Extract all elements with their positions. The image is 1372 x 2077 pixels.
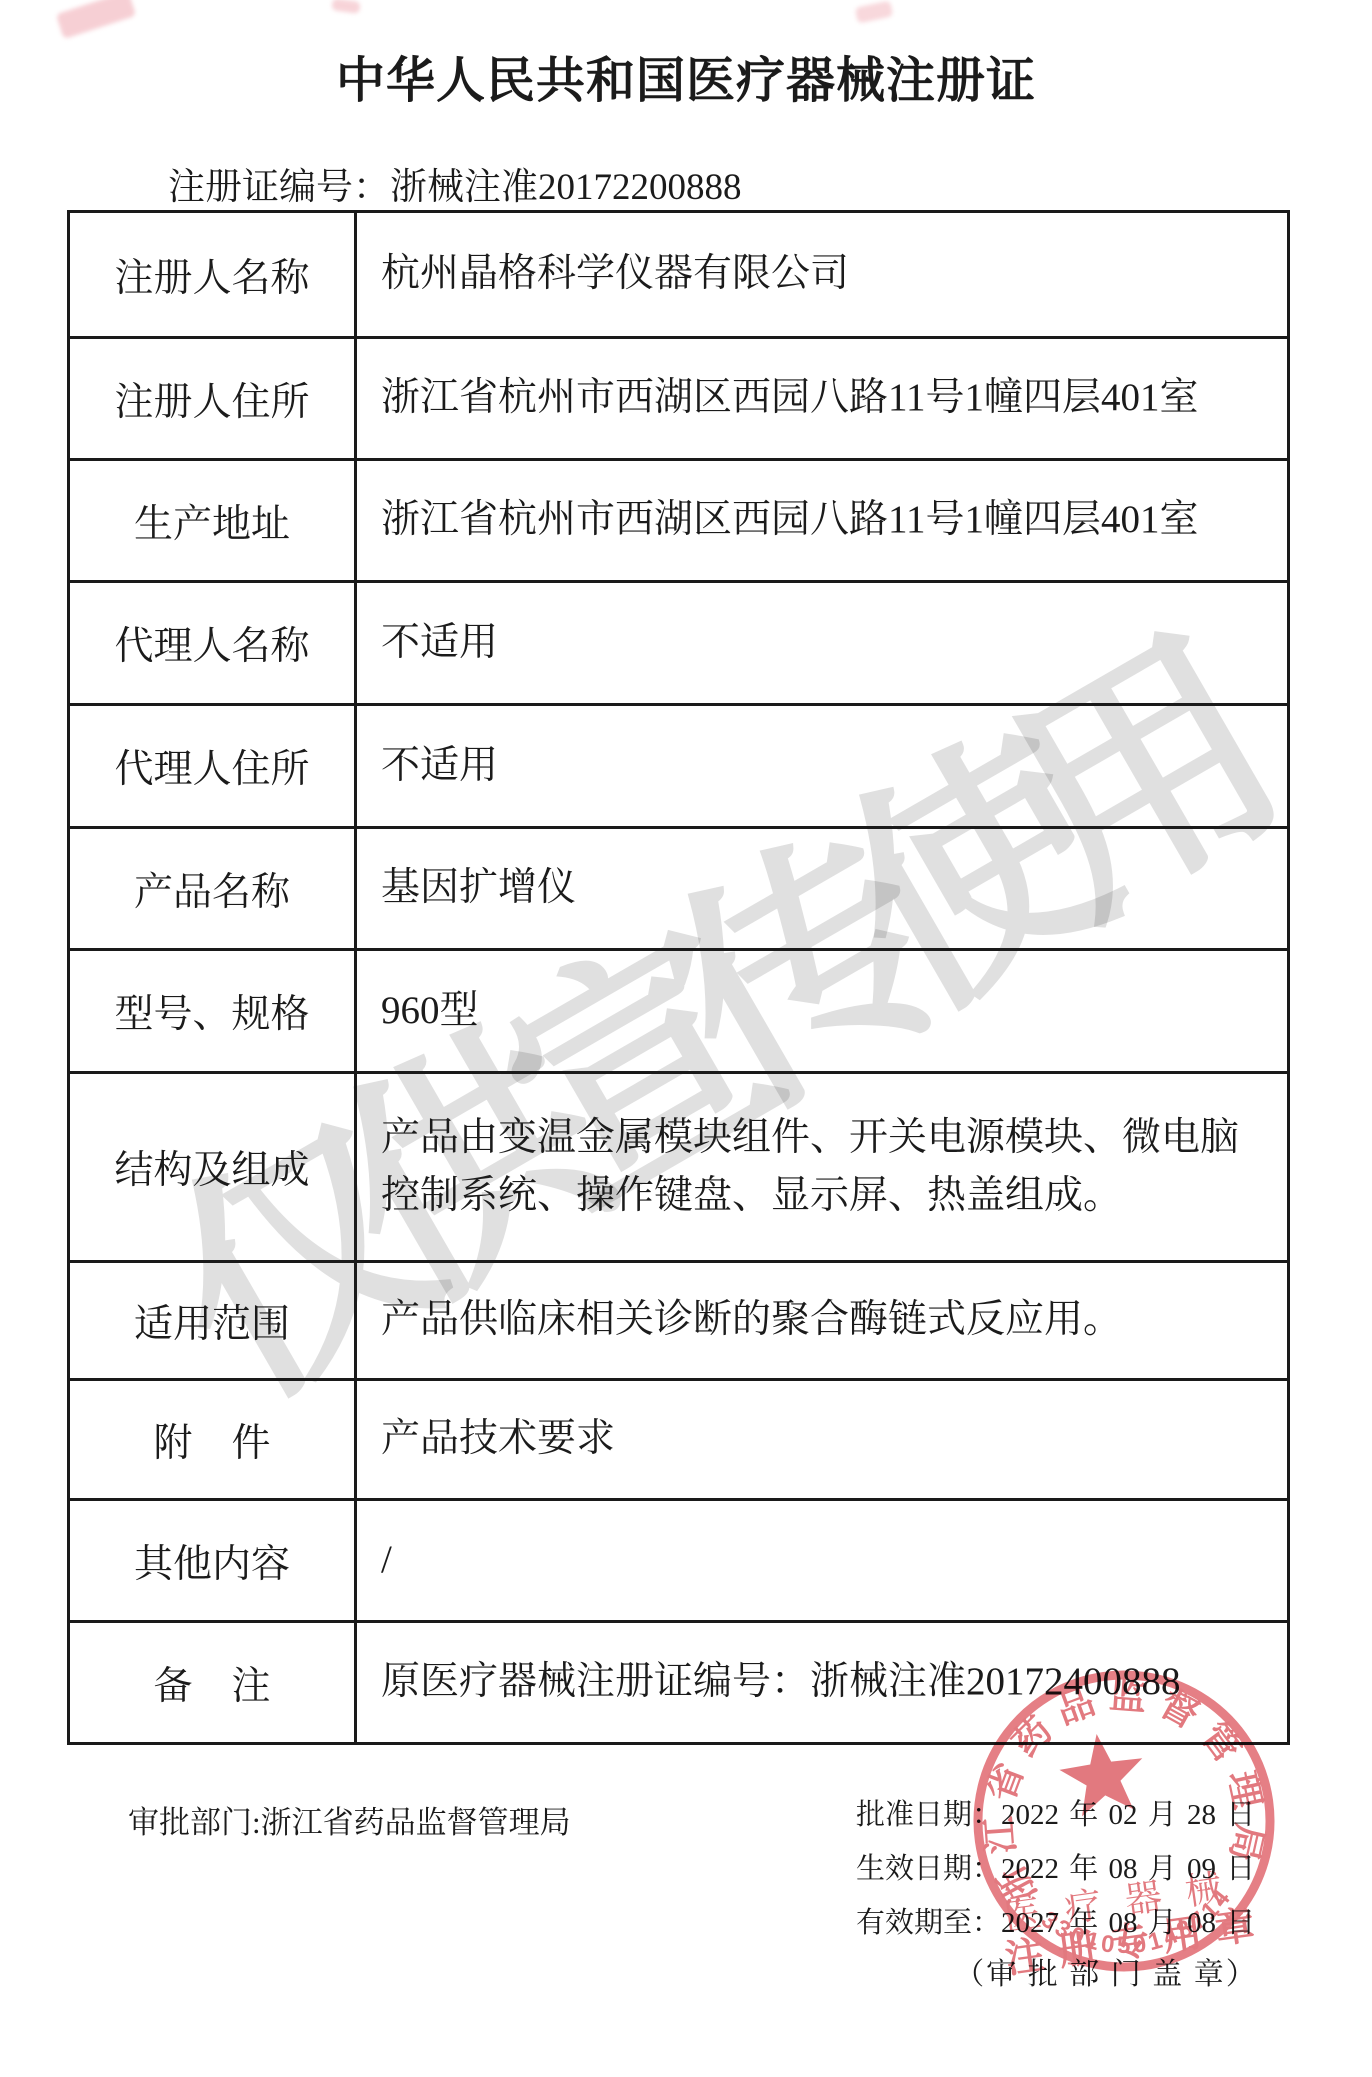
certificate-table: 注册人名称 杭州晶格科学仪器有限公司 注册人住所 浙江省杭州市西湖区西园八路11… bbox=[67, 210, 1290, 1745]
field-label: 其他内容 bbox=[69, 1500, 356, 1622]
field-label: 备 注 bbox=[69, 1622, 356, 1744]
field-label: 结构及组成 bbox=[69, 1073, 356, 1262]
table-row: 生产地址 浙江省杭州市西湖区西园八路11号1幢四层401室 bbox=[69, 460, 1289, 582]
field-value: 产品技术要求 bbox=[356, 1380, 1289, 1500]
table-row: 适用范围 产品供临床相关诊断的聚合酶链式反应用。 bbox=[69, 1262, 1289, 1380]
field-value: 基因扩增仪 bbox=[356, 828, 1289, 950]
table-row: 注册人住所 浙江省杭州市西湖区西园八路11号1幢四层401室 bbox=[69, 338, 1289, 460]
page-title: 中华人民共和国医疗器械注册证 bbox=[0, 42, 1372, 112]
field-value: 不适用 bbox=[356, 582, 1289, 705]
table-row: 结构及组成 产品由变温金属模块组件、开关电源模块、微电脑控制系统、操作键盘、显示… bbox=[69, 1073, 1289, 1262]
seal-star-icon bbox=[1055, 1728, 1149, 1818]
field-value: 杭州晶格科学仪器有限公司 bbox=[356, 212, 1289, 338]
table-row: 附 件 产品技术要求 bbox=[69, 1380, 1289, 1500]
field-label: 注册人住所 bbox=[69, 338, 356, 460]
scan-smudge bbox=[331, 0, 360, 14]
field-value: 浙江省杭州市西湖区西园八路11号1幢四层401室 bbox=[356, 460, 1289, 582]
table-row: 其他内容 / bbox=[69, 1500, 1289, 1622]
field-label: 生产地址 bbox=[69, 460, 356, 582]
field-value: 浙江省杭州市西湖区西园八路11号1幢四层401室 bbox=[356, 338, 1289, 460]
field-value: 产品供临床相关诊断的聚合酶链式反应用。 bbox=[356, 1262, 1289, 1380]
scan-smudge bbox=[56, 0, 136, 39]
official-seal: 浙江省药品监督管理局 医疗器械 注册专用章 3301050148714 bbox=[943, 1640, 1304, 2001]
field-label: 型号、规格 bbox=[69, 950, 356, 1073]
field-label: 代理人名称 bbox=[69, 582, 356, 705]
field-label: 注册人名称 bbox=[69, 212, 356, 338]
table-row: 产品名称 基因扩增仪 bbox=[69, 828, 1289, 950]
approval-department-line: 审批部门:浙江省药品监督管理局 bbox=[128, 1797, 571, 1842]
scan-smudge bbox=[855, 0, 894, 23]
certificate-page: 仅供宣传使用 中华人民共和国医疗器械注册证 注册证编号：浙械注准20172200… bbox=[0, 0, 1372, 2077]
field-label: 适用范围 bbox=[69, 1262, 356, 1380]
table-row: 代理人住所 不适用 bbox=[69, 705, 1289, 828]
registration-number-label: 注册证编号： bbox=[168, 167, 390, 208]
field-value: 产品由变温金属模块组件、开关电源模块、微电脑控制系统、操作键盘、显示屏、热盖组成… bbox=[356, 1073, 1289, 1262]
field-label: 产品名称 bbox=[69, 828, 356, 950]
table-row: 型号、规格 960型 bbox=[69, 950, 1289, 1073]
field-value: / bbox=[356, 1500, 1289, 1622]
approval-department-value: 浙江省药品监督管理局 bbox=[261, 1805, 571, 1840]
field-label: 代理人住所 bbox=[69, 705, 356, 828]
table-row: 注册人名称 杭州晶格科学仪器有限公司 bbox=[69, 212, 1289, 338]
field-value: 不适用 bbox=[356, 705, 1289, 828]
registration-number-value: 浙械注准20172200888 bbox=[390, 167, 742, 208]
registration-number-line: 注册证编号：浙械注准20172200888 bbox=[168, 156, 742, 210]
approval-department-label: 审批部门: bbox=[128, 1805, 261, 1840]
field-label: 附 件 bbox=[69, 1380, 356, 1500]
table-row: 代理人名称 不适用 bbox=[69, 582, 1289, 705]
field-value: 960型 bbox=[356, 950, 1289, 1073]
